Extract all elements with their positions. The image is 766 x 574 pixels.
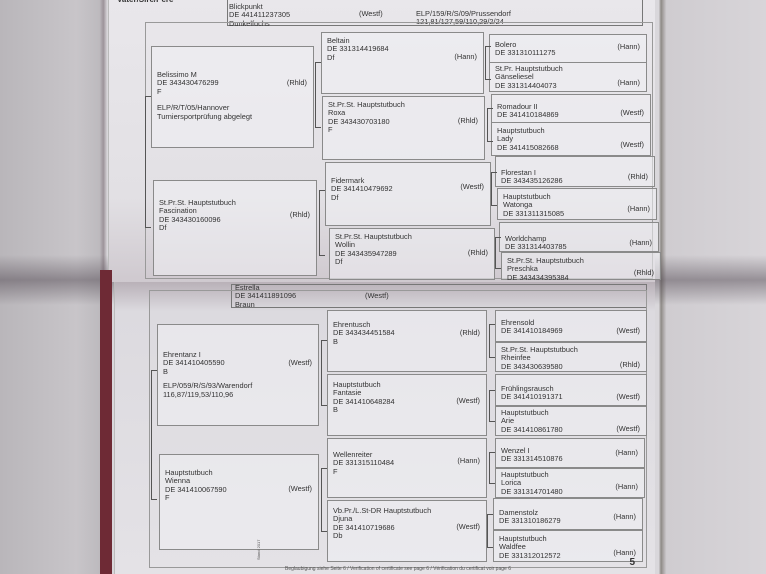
horse-registry: (Hann) bbox=[627, 205, 650, 213]
horse-registry: (Westf) bbox=[616, 393, 640, 401]
dam-ggp-2: St.Pr.St. Hauptstutbuch Rheinfee DE 3434… bbox=[495, 342, 647, 372]
horse-registry: (Rhld) bbox=[287, 79, 307, 87]
horse-title: Hauptstutbuch bbox=[501, 471, 639, 479]
sire-ggp-7: Worldchamp DE 331314403785 (Hann) bbox=[499, 222, 659, 252]
sire-ggp-6: Hauptstutbuch Watonga DE 331311315085 (H… bbox=[497, 188, 657, 220]
horse-registry: (Hann) bbox=[617, 79, 640, 87]
sire-grandparent-3: Fidermark DE 341410479692 Df (Westf) bbox=[325, 162, 491, 226]
dam-ggp-7: Damenstolz DE 331310186279 (Hann) bbox=[493, 498, 643, 530]
dam-parent-1: Ehrentanz I DE 341410405590 (Westf) B EL… bbox=[157, 324, 319, 426]
horse-registry: (Rhld) bbox=[628, 173, 648, 181]
horse-ueln: DE 343430476299 bbox=[157, 79, 308, 87]
dam-ggp-8: Hauptstutbuch Waldfee DE 331312012572 (H… bbox=[493, 530, 643, 562]
horse-color: Df bbox=[159, 224, 311, 232]
horse-color: B bbox=[333, 406, 481, 414]
horse-title: St.Pr.St. Hauptstutbuch bbox=[335, 233, 489, 241]
horse-color: B bbox=[163, 368, 313, 376]
horse-ueln: DE 343434395384 bbox=[507, 274, 655, 282]
horse-ueln: DE 343435947289 bbox=[335, 250, 489, 258]
connector bbox=[489, 452, 495, 484]
horse-title: Hauptstutbuch bbox=[501, 409, 641, 417]
horse-registry: (Hann) bbox=[615, 449, 638, 457]
connector bbox=[319, 190, 325, 256]
horse-registry: (Westf) bbox=[288, 359, 312, 367]
dam-ggp-3: Frühlingsrausch DE 341410191371 (Westf) bbox=[495, 374, 647, 406]
connector bbox=[321, 340, 327, 406]
connector bbox=[485, 46, 491, 80]
horse-registry: (Hann) bbox=[454, 53, 477, 61]
connector bbox=[487, 108, 493, 142]
sire-parent-1: Belissimo M DE 343430476299 (Rhld) F ELP… bbox=[151, 46, 314, 148]
horse-ueln: DE 343430160096 bbox=[159, 216, 311, 224]
horse-registry: (Hann) bbox=[629, 239, 652, 247]
sire-ggp-4: Hauptstutbuch Lady DE 341415082668 (West… bbox=[491, 122, 651, 156]
horse-color: Df bbox=[335, 258, 489, 266]
sire-parent-2: St.Pr.St. Hauptstutbuch Fascination DE 3… bbox=[153, 180, 317, 276]
sire-grandparent-2: St.Pr.St. Hauptstutbuch Roxa DE 34343070… bbox=[322, 96, 485, 160]
horse-color: B bbox=[333, 338, 481, 346]
horse-registry: (Hann) bbox=[457, 457, 480, 465]
section-label: Vater/Sire/Père bbox=[117, 0, 173, 4]
horse-color: Db bbox=[333, 532, 481, 540]
horse-registry: (Westf) bbox=[616, 327, 640, 335]
horse-registry: (Westf) bbox=[456, 397, 480, 405]
footer-text: Beglaubigung siehe Seite 6 / Verificatio… bbox=[285, 566, 511, 572]
sire-registry: (Westf) bbox=[359, 10, 383, 18]
horse-color: F bbox=[157, 88, 308, 96]
connector bbox=[145, 96, 151, 228]
horse-registry: (Westf) bbox=[620, 141, 644, 149]
horse-registry: (Westf) bbox=[460, 183, 484, 191]
connector bbox=[495, 237, 501, 269]
horse-registry: (Hann) bbox=[617, 43, 640, 51]
connector bbox=[151, 370, 157, 500]
horse-registry: (Rhld) bbox=[468, 249, 488, 257]
horse-registry: (Rhld) bbox=[458, 117, 478, 125]
horse-note: Turniersportprüfung abgelegt bbox=[157, 113, 308, 121]
sire-ggp-8: St.Pr.St. Hauptstutbuch Preschka DE 3434… bbox=[501, 252, 661, 280]
binder-spine bbox=[100, 270, 112, 574]
horse-registry: (Westf) bbox=[288, 485, 312, 493]
horse-title: Hauptstutbuch bbox=[497, 127, 645, 135]
horse-color: F bbox=[328, 126, 479, 134]
horse-registry: (Rhld) bbox=[460, 329, 480, 337]
sire-grandparent-4: St.Pr.St. Hauptstutbuch Wollin DE 343435… bbox=[329, 228, 495, 280]
horse-registry: (Westf) bbox=[620, 109, 644, 117]
dam-parent-2: Hauptstutbuch Wienna DE 341410067590 (We… bbox=[159, 454, 319, 550]
horse-scores: 116,87/119,53/110,96 bbox=[163, 391, 313, 399]
dam-ggp-6: Hauptstutbuch Lorica DE 331314701480 (Ha… bbox=[495, 468, 645, 498]
horse-ueln: DE 343430703180 bbox=[328, 118, 479, 126]
connector bbox=[315, 62, 321, 128]
horse-title: St.Pr.St. Hauptstutbuch bbox=[328, 101, 479, 109]
dam-grandparent-1: Ehrentusch DE 343434451584 B (Rhld) bbox=[327, 310, 487, 372]
form-version-text: Stand 2017 bbox=[256, 540, 261, 560]
dam-ggp-5: Wenzel I DE 331314510876 (Hann) bbox=[495, 438, 645, 468]
pedigree-page-dam-side: Estrella DE 341411891096 Braun (Westf) E… bbox=[114, 282, 655, 574]
horse-registry: (Rhld) bbox=[634, 269, 654, 277]
sire-ggp-2: St.Pr. Hauptstutbuch Gänseliesel DE 3313… bbox=[489, 62, 647, 92]
dam-grandparent-2: Hauptstutbuch Fantasie DE 341410648284 B… bbox=[327, 374, 487, 436]
sire-grandparent-1: Beltain DE 331314419684 Df (Hann) bbox=[321, 32, 484, 94]
horse-registry: (Westf) bbox=[616, 425, 640, 433]
sire-ggp-1: Bolero DE 331310111275 (Hann) bbox=[489, 34, 647, 63]
connector bbox=[489, 324, 495, 358]
dam-ggp-1: Ehrensold DE 341410184969 (Westf) bbox=[495, 310, 647, 342]
sire-ggp-5: Florestan I DE 343435126286 (Rhld) bbox=[495, 156, 655, 187]
connector bbox=[321, 468, 327, 532]
dam-ggp-4: Hauptstutbuch Arie DE 341410861780 (West… bbox=[495, 406, 647, 436]
dam-grandparent-4: Vb.Pr./L.St-DR Hauptstutbuch Djuna DE 34… bbox=[327, 500, 487, 562]
page-number: 5 bbox=[629, 557, 635, 568]
sire-ggp-3: Romadour II DE 341410184869 (Westf) bbox=[491, 94, 651, 123]
horse-registry: (Hann) bbox=[613, 513, 636, 521]
connector bbox=[491, 172, 497, 206]
horse-title: Vb.Pr./L.St-DR Hauptstutbuch bbox=[333, 507, 481, 515]
horse-ueln: DE 343435126286 bbox=[501, 177, 649, 185]
connector bbox=[487, 514, 493, 548]
dam-grandparent-3: Wellenreiter DE 331315110484 F (Hann) bbox=[327, 438, 487, 498]
pedigree-page-sire-side: Vater/Sire/Père Blickpunkt DE 4414112373… bbox=[108, 0, 655, 282]
horse-registry: (Hann) bbox=[615, 483, 638, 491]
horse-registry: (Rhld) bbox=[620, 361, 640, 369]
horse-color: F bbox=[333, 468, 481, 476]
horse-registry: (Rhld) bbox=[290, 211, 310, 219]
horse-color: F bbox=[165, 494, 313, 502]
horse-color: Df bbox=[331, 194, 485, 202]
horse-ueln: DE 343434451584 bbox=[333, 329, 481, 337]
connector bbox=[489, 390, 495, 422]
horse-registry: (Westf) bbox=[456, 523, 480, 531]
